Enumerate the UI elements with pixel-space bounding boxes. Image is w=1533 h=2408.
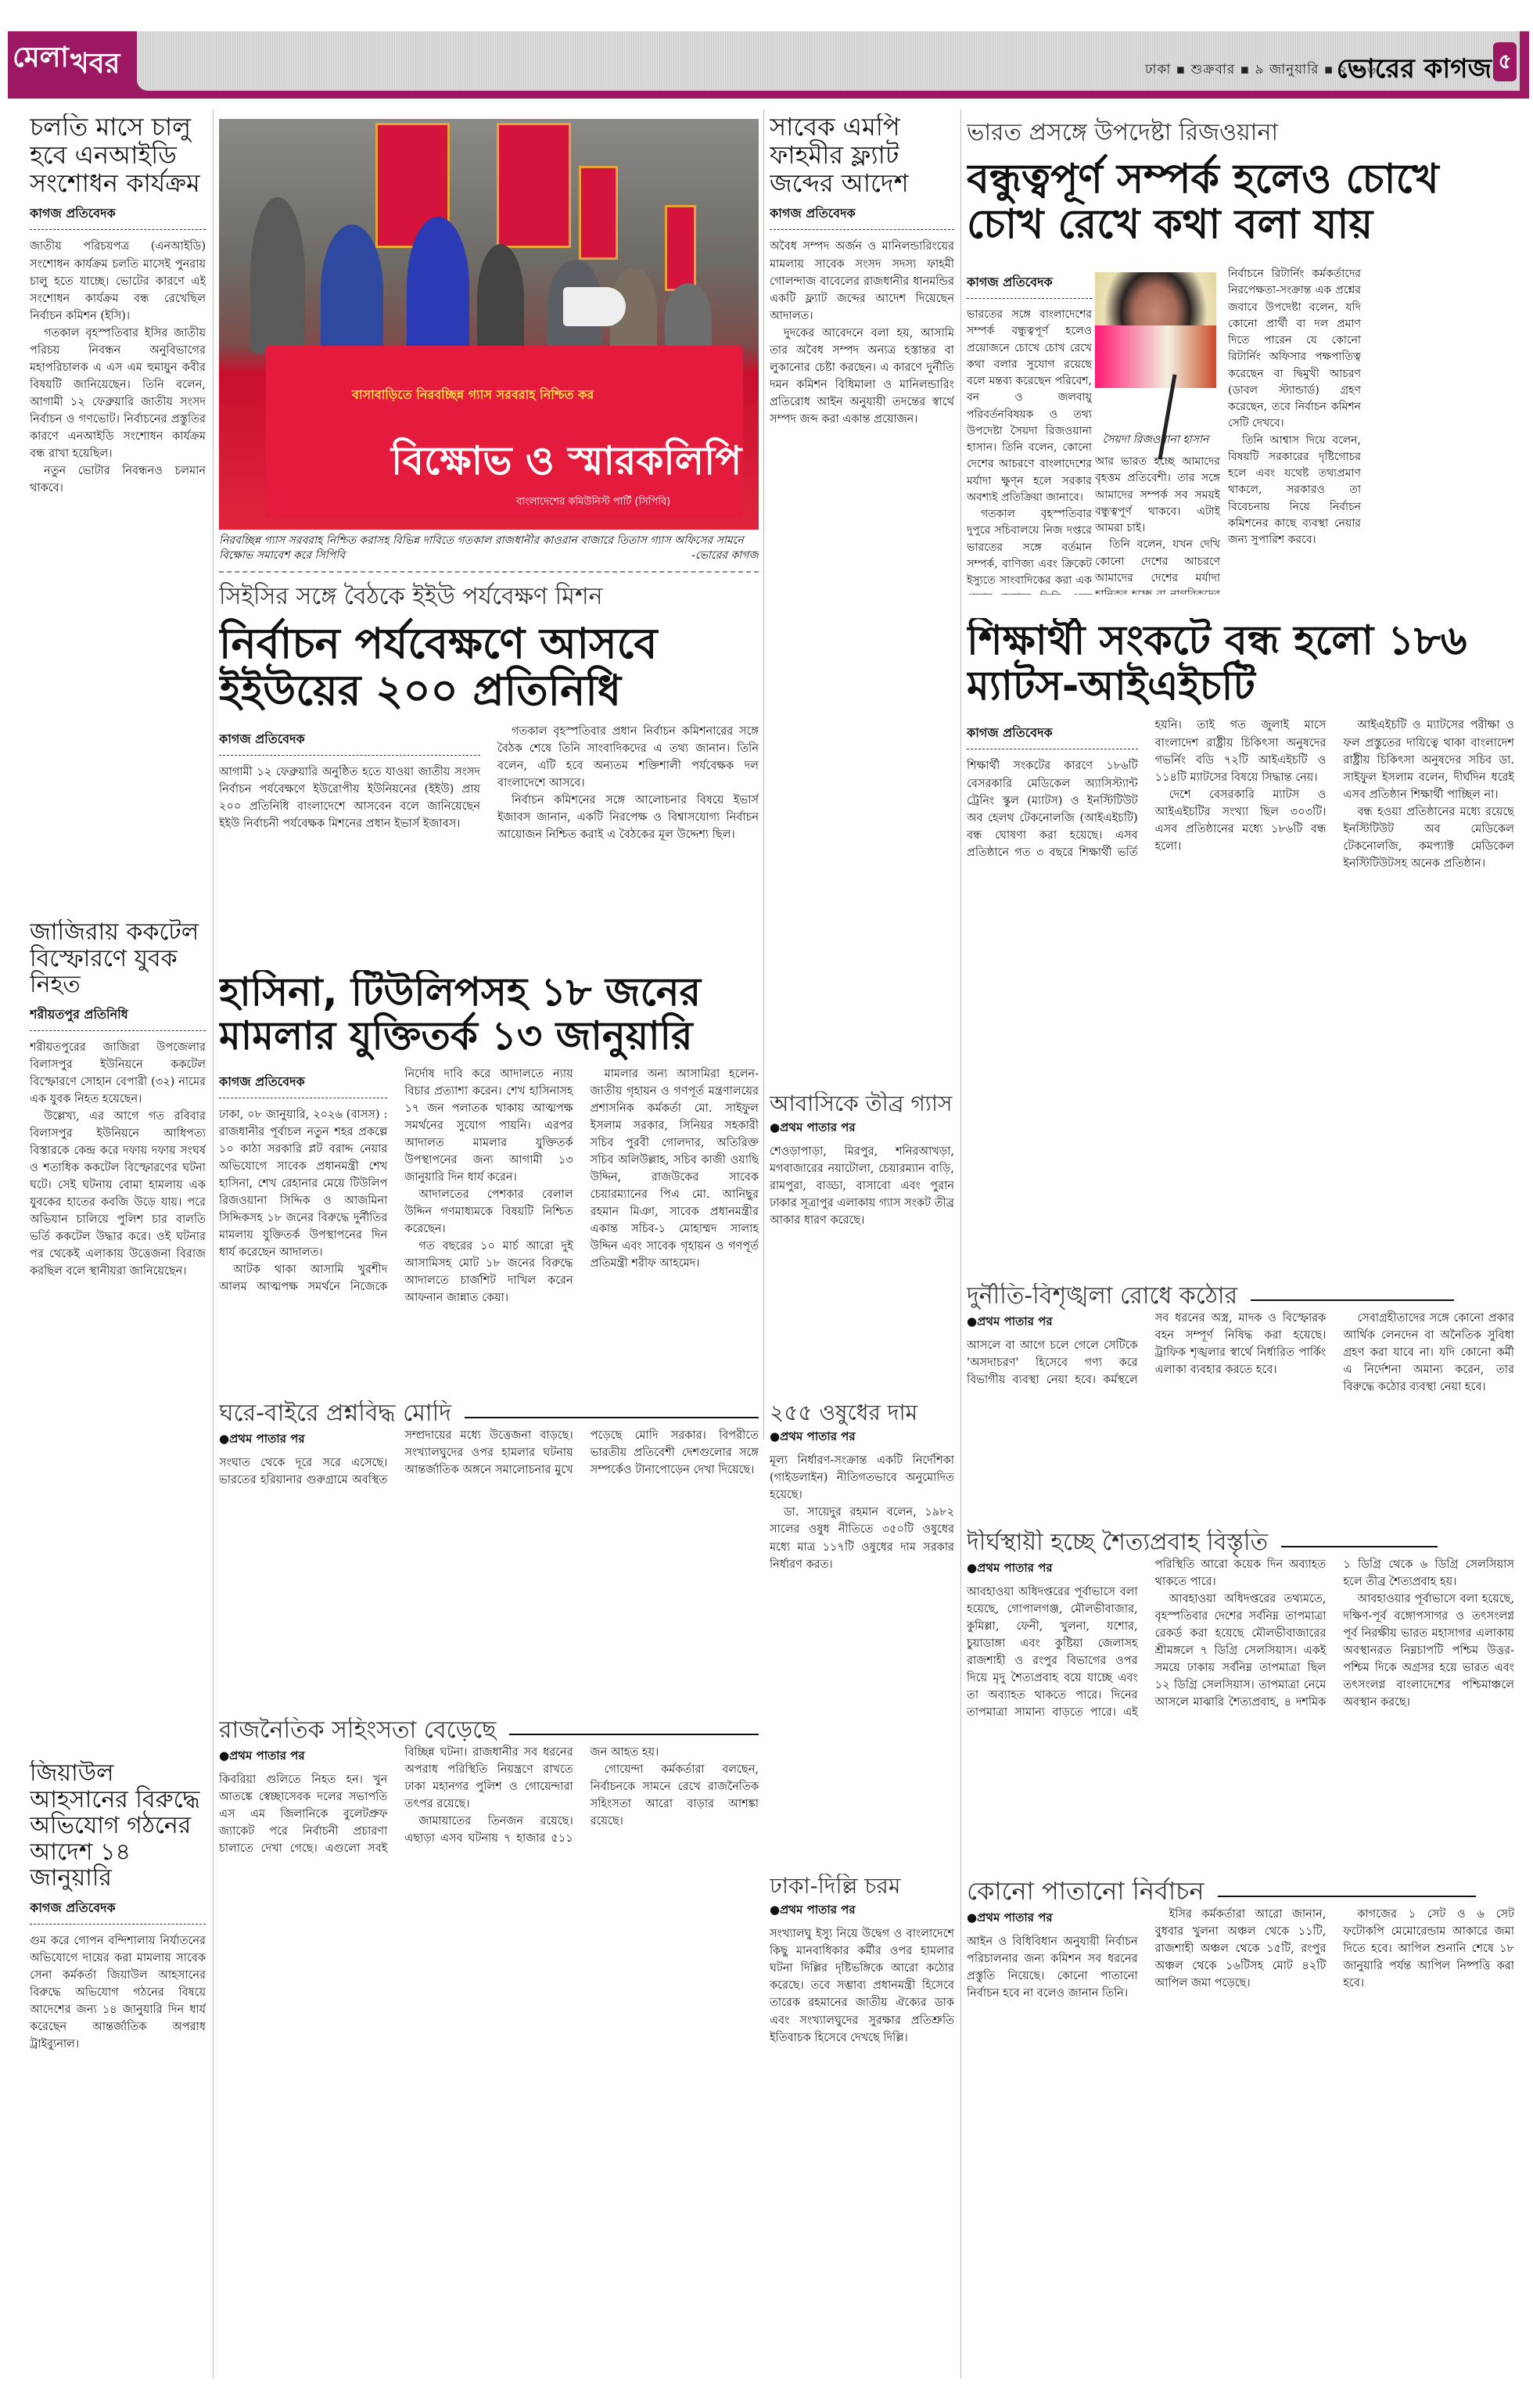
byline: কাগজ প্রতিবেদক [770, 203, 954, 230]
paragraph: নির্বাচন কমিশনের সঙ্গে আলোচনার বিষয়ে ইভ… [497, 792, 759, 843]
paragraph: নতুন ভোটার নিবন্ধনও চলমান থাকবে। [30, 462, 206, 497]
article-dhaka-delhi[interactable]: ঢাকা-দিল্লি চরম প্রথম পাতার পর সংখ্যালঘু… [770, 1874, 954, 2378]
continued-marker: প্রথম পাতার পর [770, 1119, 954, 1138]
column-divider [213, 110, 214, 2378]
paragraph: নির্বাচনে রিটার্নিং কর্মকর্তাদের নিরপেক্… [1228, 266, 1361, 433]
headline[interactable]: জাজিরায় ককটেল বিস্ফোরণে যুবক নিহত [30, 919, 206, 998]
paragraph: উল্লেখ্য, এর আগে গত রবিবার বিলাসপুর ইউনি… [30, 1108, 206, 1280]
paragraph: বন্ধ হওয়া প্রতিষ্ঠানের মধ্যে রয়েছে ইনস… [1343, 803, 1514, 872]
photo-person [665, 283, 712, 354]
article-body: জাতীয় পরিচয়পত্র (এনআইডি) সংশোধন কার্যক… [30, 238, 206, 496]
headline[interactable]: আবাসিকে তীব্র গ্যাস [770, 1091, 954, 1116]
paragraph: গুম করে গোপন বন্দিশালায় নির্যাতনের অভিয… [30, 1932, 206, 2053]
headline[interactable]: কোনো পাতানো নির্বাচন [967, 1878, 1204, 1906]
paragraph: মামলার অন্য আসামিরা হলেন- জাতীয় গৃহায়ন… [591, 1066, 759, 1272]
newspaper-logo: মেলা [13, 27, 59, 95]
byline: কাগজ প্রতিবেদক [30, 1898, 206, 1925]
article-gas-crisis[interactable]: আবাসিকে তীব্র গ্যাস প্রথম পাতার পর শেওড়… [770, 1091, 954, 1404]
dateline-city: ঢাকা [1145, 62, 1171, 77]
paragraph: আর ভারত হচ্ছে আমাদের বৃহত্তম প্রতিবেশী। … [1095, 454, 1220, 537]
continued-marker: প্রথম পাতার পর [219, 1430, 387, 1450]
paragraph: গতকাল বৃহস্পতিবার ইসির জাতীয় পরিচয় নিব… [30, 325, 206, 462]
column-divider [960, 110, 961, 2378]
kicker: সিইসির সঙ্গে বৈঠকে ইইউ পর্যবেক্ষণ মিশন [219, 577, 759, 617]
photo-caption: নিরবচ্ছিন্ন গ্যাস সরবরাহ নিশ্চিত করাসহ ব… [219, 534, 759, 563]
kicker: ভারত প্রসঙ্গে উপদেষ্টা রিজওয়ানা [967, 113, 1514, 153]
headline-rule [509, 1734, 759, 1735]
photo-credit: -ভোরের কাগজ [691, 548, 759, 563]
continued-marker: প্রথম পাতার পর [770, 1428, 954, 1447]
paragraph: আগামী ১২ ফেব্রুয়ারি অনুষ্ঠিত হতে যাওয়া… [219, 764, 480, 832]
article-body: অবৈধ সম্পদ অর্জন ও মানিলন্ডারিংয়ের মামল… [770, 238, 954, 427]
portrait-photo [1095, 272, 1216, 388]
byline: কাগজ প্রতিবেদক [219, 729, 480, 756]
paragraph: ঢাকা, ০৮ জানুয়ারি, ২০২৬ (বাসস) : রাজধান… [219, 1106, 387, 1261]
paragraph: ভারতের সঙ্গে বাংলাদেশের সম্পর্ক বন্ধুত্ব… [967, 307, 1092, 506]
article-modi[interactable]: ঘরে-বাইরে প্রশ্নবিদ্ধ মোদি প্রথম পাতার প… [219, 1400, 759, 1713]
column-divider [763, 110, 764, 1439]
headline-rule [1251, 1299, 1454, 1301]
paragraph: আবহাওয়ার পূর্বাভাসে বলা হয়েছে, দক্ষিণ-… [1343, 1590, 1514, 1711]
headline[interactable]: দীর্ঘস্থায়ী হচ্ছে শৈত্যপ্রবাহ বিস্তৃতি [967, 1529, 1268, 1556]
headline[interactable]: ২৫৫ ওষুধের দাম [770, 1400, 954, 1425]
article-mats[interactable]: শিক্ষার্থী সংকটে বন্ধ হলো ১৮৬ ম্যাটস-আইএ… [967, 618, 1514, 1220]
continued-marker: প্রথম পাতার পর [770, 1901, 954, 1921]
article-body: নির্বাচনে রিটার্নিং কর্মকর্তাদের নিরপেক্… [1228, 266, 1361, 549]
photo-person [477, 244, 524, 354]
paragraph: গোয়েন্দা কর্মকর্তারা বলছেন, নির্বাচনকে … [591, 1761, 759, 1830]
dateline-date: ৯ জানুয়ারি [1255, 62, 1319, 77]
headline-rule [465, 1417, 759, 1418]
headline[interactable]: ঘরে-বাইরে প্রশ্নবিদ্ধ মোদি [219, 1400, 451, 1427]
dateline-day: শুক্রবার [1191, 62, 1236, 77]
paragraph: গতকাল বৃহস্পতিবার দুপুরে সচিবালয়ে নিজ দ… [967, 506, 1092, 595]
paragraph: আইন ও বিধিবিধান অনুযায়ী নির্বাচন পরিচাল… [967, 1933, 1138, 2002]
headline-rule [1281, 1546, 1438, 1547]
article-body: আর ভারত হচ্ছে আমাদের বৃহত্তম প্রতিবেশী। … [1095, 454, 1220, 595]
article-body: শেওড়াপাড়া, মিরপুর, শনিরআখড়া, মগবাজারে… [770, 1143, 954, 1229]
paragraph: সেবাগ্রহীতাদের সঙ্গে কোনো প্রকার আর্থিক … [1343, 1310, 1514, 1396]
paragraph: শেওড়াপাড়া, মিরপুর, শনিরআখড়া, মগবাজারে… [770, 1143, 954, 1229]
article-body: সংখ্যালঘু ইস্যু নিয়ে উদ্বেগ ও বাংলাদেশে… [770, 1925, 954, 2046]
article-medicine-price[interactable]: ২৫৫ ওষুধের দাম প্রথম পাতার পর মূল্য নির্… [770, 1400, 954, 1799]
paragraph: ইসির কর্মকর্তারা আরো জানান, বুধবার খুলনা… [1155, 1906, 1327, 1992]
continued-marker: প্রথম পাতার পর [967, 1909, 1138, 1928]
article-election[interactable]: কোনো পাতানো নির্বাচন প্রথম পাতার পর আইন … [967, 1878, 1514, 2378]
article-jajira[interactable]: জাজিরায় ককটেল বিস্ফোরণে যুবক নিহত শরীয়… [30, 919, 206, 1600]
byline: শরীয়তপুর প্রতিনিধি [30, 1005, 206, 1031]
article-body: গুম করে গোপন বন্দিশালায় নির্যাতনের অভিয… [30, 1932, 206, 2053]
paragraph: ডা. সায়েদুর রহমান বলেন, ১৯৮২ সালের ওষুধ… [770, 1504, 954, 1572]
photo-caption-block: নিরবচ্ছিন্ন গ্যাস সরবরাহ নিশ্চিত করাসহ ব… [219, 534, 759, 565]
headline[interactable]: শিক্ষার্থী সংকটে বন্ধ হলো ১৮৬ ম্যাটস-আইএ… [967, 618, 1514, 709]
paragraph: আইএইচটি ও ম্যাটসের পরীক্ষা ও ফল প্রস্তুত… [1343, 717, 1514, 803]
photo-caption-text: নিরবচ্ছিন্ন গ্যাস সরবরাহ নিশ্চিত করাসহ ব… [219, 534, 744, 562]
headline-rule [1218, 1896, 1476, 1897]
banner-slogan: বাসাবাড়িতে নিরবচ্ছিন্ন গ্যাস সরবরাহ নিশ… [352, 385, 594, 406]
photo-poster [497, 123, 571, 248]
paragraph: কাগজের ১ সেট ও ৬ সেট ফটোকপি মেমোরেন্ডাম … [1343, 1906, 1514, 1992]
headline[interactable]: রাজনৈতিক সহিংসতা বেড়েছে [219, 1717, 496, 1744]
byline: কাগজ প্রতিবেদক [967, 272, 1092, 299]
rizwana-col3: নির্বাচনে রিটার্নিং কর্মকর্তাদের নিরপেক্… [1228, 266, 1361, 595]
banner-organization: বাংলাদেশের কমিউনিস্ট পার্টি (সিপিবি) [516, 494, 670, 511]
paragraph: মূল্য নির্ধারণ-সংক্রান্ত একটি নির্দেশিকা… [770, 1452, 954, 1504]
article-cold-wave[interactable]: দীর্ঘস্থায়ী হচ্ছে শৈত্যপ্রবাহ বিস্তৃতি … [967, 1529, 1514, 1866]
paragraph: গতকাল বৃহস্পতিবার প্রধান নির্বাচন কমিশনা… [497, 723, 759, 792]
article-body: ঢাকা, ০৮ জানুয়ারি, ২০২৬ (বাসস) : রাজধান… [219, 1066, 759, 1306]
article-nid[interactable]: চলতি মাসে চালু হবে এনআইডি সংশোধন কার্যক্… [30, 113, 206, 888]
paragraph: আদালতের পেশকার বেলাল উদ্দিন গণমাধ্যমকে ব… [404, 1186, 573, 1238]
headline[interactable]: দুর্নীতি-বিশৃঙ্খলা রোধে কঠোর [967, 1283, 1237, 1310]
article-hasina[interactable]: হাসিনা, টিউলিপসহ ১৮ জনের মামলার যুক্তিতর… [219, 970, 759, 1377]
paragraph: তিনি বলেন, যখন দেখি কোনো দেশের আচরণে আমা… [1095, 537, 1220, 595]
paragraph: তিনি আশ্বাস দিয়ে বলেন, বিষয়টি সরকারের … [1228, 433, 1361, 549]
paragraph: গত বছরের ১০ মার্চ আরো দুই আসামিসহ মোট ১৮… [404, 1238, 573, 1306]
photo-poster [665, 205, 696, 291]
headline[interactable]: নির্বাচন পর্যবেক্ষণে আসবে ইইউয়ের ২০০ প্… [219, 620, 759, 715]
banner-title: বিক্ষোভ ও স্মারকলিপি [391, 432, 741, 497]
article-political-violence[interactable]: রাজনৈতিক সহিংসতা বেড়েছে প্রথম পাতার পর … [219, 1717, 759, 2378]
byline: কাগজ প্রতিবেদক [219, 1072, 387, 1098]
section-title: খবর [70, 42, 120, 89]
headline[interactable]: বন্ধুত্বপূর্ণ সম্পর্ক হলেও চোখে চোখ রেখে… [967, 156, 1514, 247]
section-divider [219, 571, 759, 573]
paragraph: সংখ্যালঘু ইস্যু নিয়ে উদ্বেগ ও বাংলাদেশে… [770, 1925, 954, 2046]
paragraph: দেশে বেসরকারি ম্যাটস ও আইএইচটির সংখ্যা ছ… [1155, 786, 1327, 855]
continued-marker: প্রথম পাতার পর [967, 1559, 1138, 1579]
newspaper-brand: ভোরের কাগজ [1337, 49, 1492, 93]
photo-person [407, 217, 469, 358]
article-eu-observers[interactable]: সিইসির সঙ্গে বৈঠকে ইইউ পর্যবেক্ষণ মিশন ন… [219, 577, 759, 1023]
paragraph: জাতীয় পরিচয়পত্র (এনআইডি) সংশোধন কার্যক… [30, 238, 206, 324]
article-body: মূল্য নির্ধারণ-সংক্রান্ত একটি নির্দেশিকা… [770, 1452, 954, 1572]
paragraph: দুদকের আবেদনে বলা হয়, আসামি তার অবৈধ সম… [770, 325, 954, 428]
article-body: আবহাওয়া অধিদপ্তরের পূর্বাভাসে বলা হয়েছ… [967, 1556, 1514, 1721]
headline[interactable]: সাবেক এমপি ফাহমীর ফ্ল্যাট জব্দের আদেশ [770, 113, 954, 197]
paragraph: শরীয়তপুরের জাজিরা উপজেলার বিলাসপুর ইউনি… [30, 1039, 206, 1108]
headline[interactable]: জিয়াউল আহসানের বিরুদ্ধে অভিযোগ গঠনের আদ… [30, 1760, 206, 1892]
rizwana-col4 [1369, 266, 1514, 595]
article-body: ভারতের সঙ্গে বাংলাদেশের সম্পর্ক বন্ধুত্ব… [967, 307, 1092, 595]
photo-person [321, 225, 383, 358]
rizwana-col2: আর ভারত হচ্ছে আমাদের বৃহত্তম প্রতিবেশী। … [1095, 454, 1220, 595]
article-body: শরীয়তপুরের জাজিরা উপজেলার বিলাসপুর ইউনি… [30, 1039, 206, 1280]
portrait-caption: সৈয়দা রিজওয়ানা হাসান [1091, 430, 1220, 449]
headline[interactable]: চলতি মাসে চালু হবে এনআইডি সংশোধন কার্যক্… [30, 113, 206, 197]
continued-marker: প্রথম পাতার পর [967, 1313, 1138, 1332]
paragraph: অবৈধ সম্পদ অর্জন ও মানিলন্ডারিংয়ের মামল… [770, 238, 954, 324]
rizwana-col1: কাগজ প্রতিবেদক ভারতের সঙ্গে বাংলাদেশের স… [967, 266, 1092, 595]
portrait-sari [1095, 325, 1216, 388]
photo-person [250, 197, 305, 354]
byline: কাগজ প্রতিবেদক [30, 203, 206, 230]
byline: কাগজ প্রতিবেদক [967, 723, 1138, 749]
headline[interactable]: ঢাকা-দিল্লি চরম [770, 1874, 954, 1898]
page-masthead: মেলা খবর ঢাকা ▪ শুক্রবার ▪ ৯ জানুয়ারি ▪… [8, 31, 1529, 99]
protest-photo: বাসাবাড়িতে নিরবচ্ছিন্ন গ্যাস সরবরাহ নিশ… [219, 119, 759, 530]
continued-marker: প্রথম পাতার পর [219, 1747, 387, 1766]
headline[interactable]: হাসিনা, টিউলিপসহ ১৮ জনের মামলার যুক্তিতর… [219, 970, 759, 1058]
article-ziaul[interactable]: জিয়াউল আহসানের বিরুদ্ধে অভিযোগ গঠনের আদ… [30, 1760, 206, 2378]
article-corruption[interactable]: দুর্নীতি-বিশৃঙ্খলা রোধে কঠোর প্রথম পাতার… [967, 1283, 1514, 1518]
article-fahmi[interactable]: সাবেক এমপি ফাহমীর ফ্ল্যাট জব্দের আদেশ কা… [770, 113, 954, 1068]
photo-poster [579, 166, 618, 260]
megaphone [563, 287, 626, 326]
page-number: ৫ [1493, 42, 1517, 81]
